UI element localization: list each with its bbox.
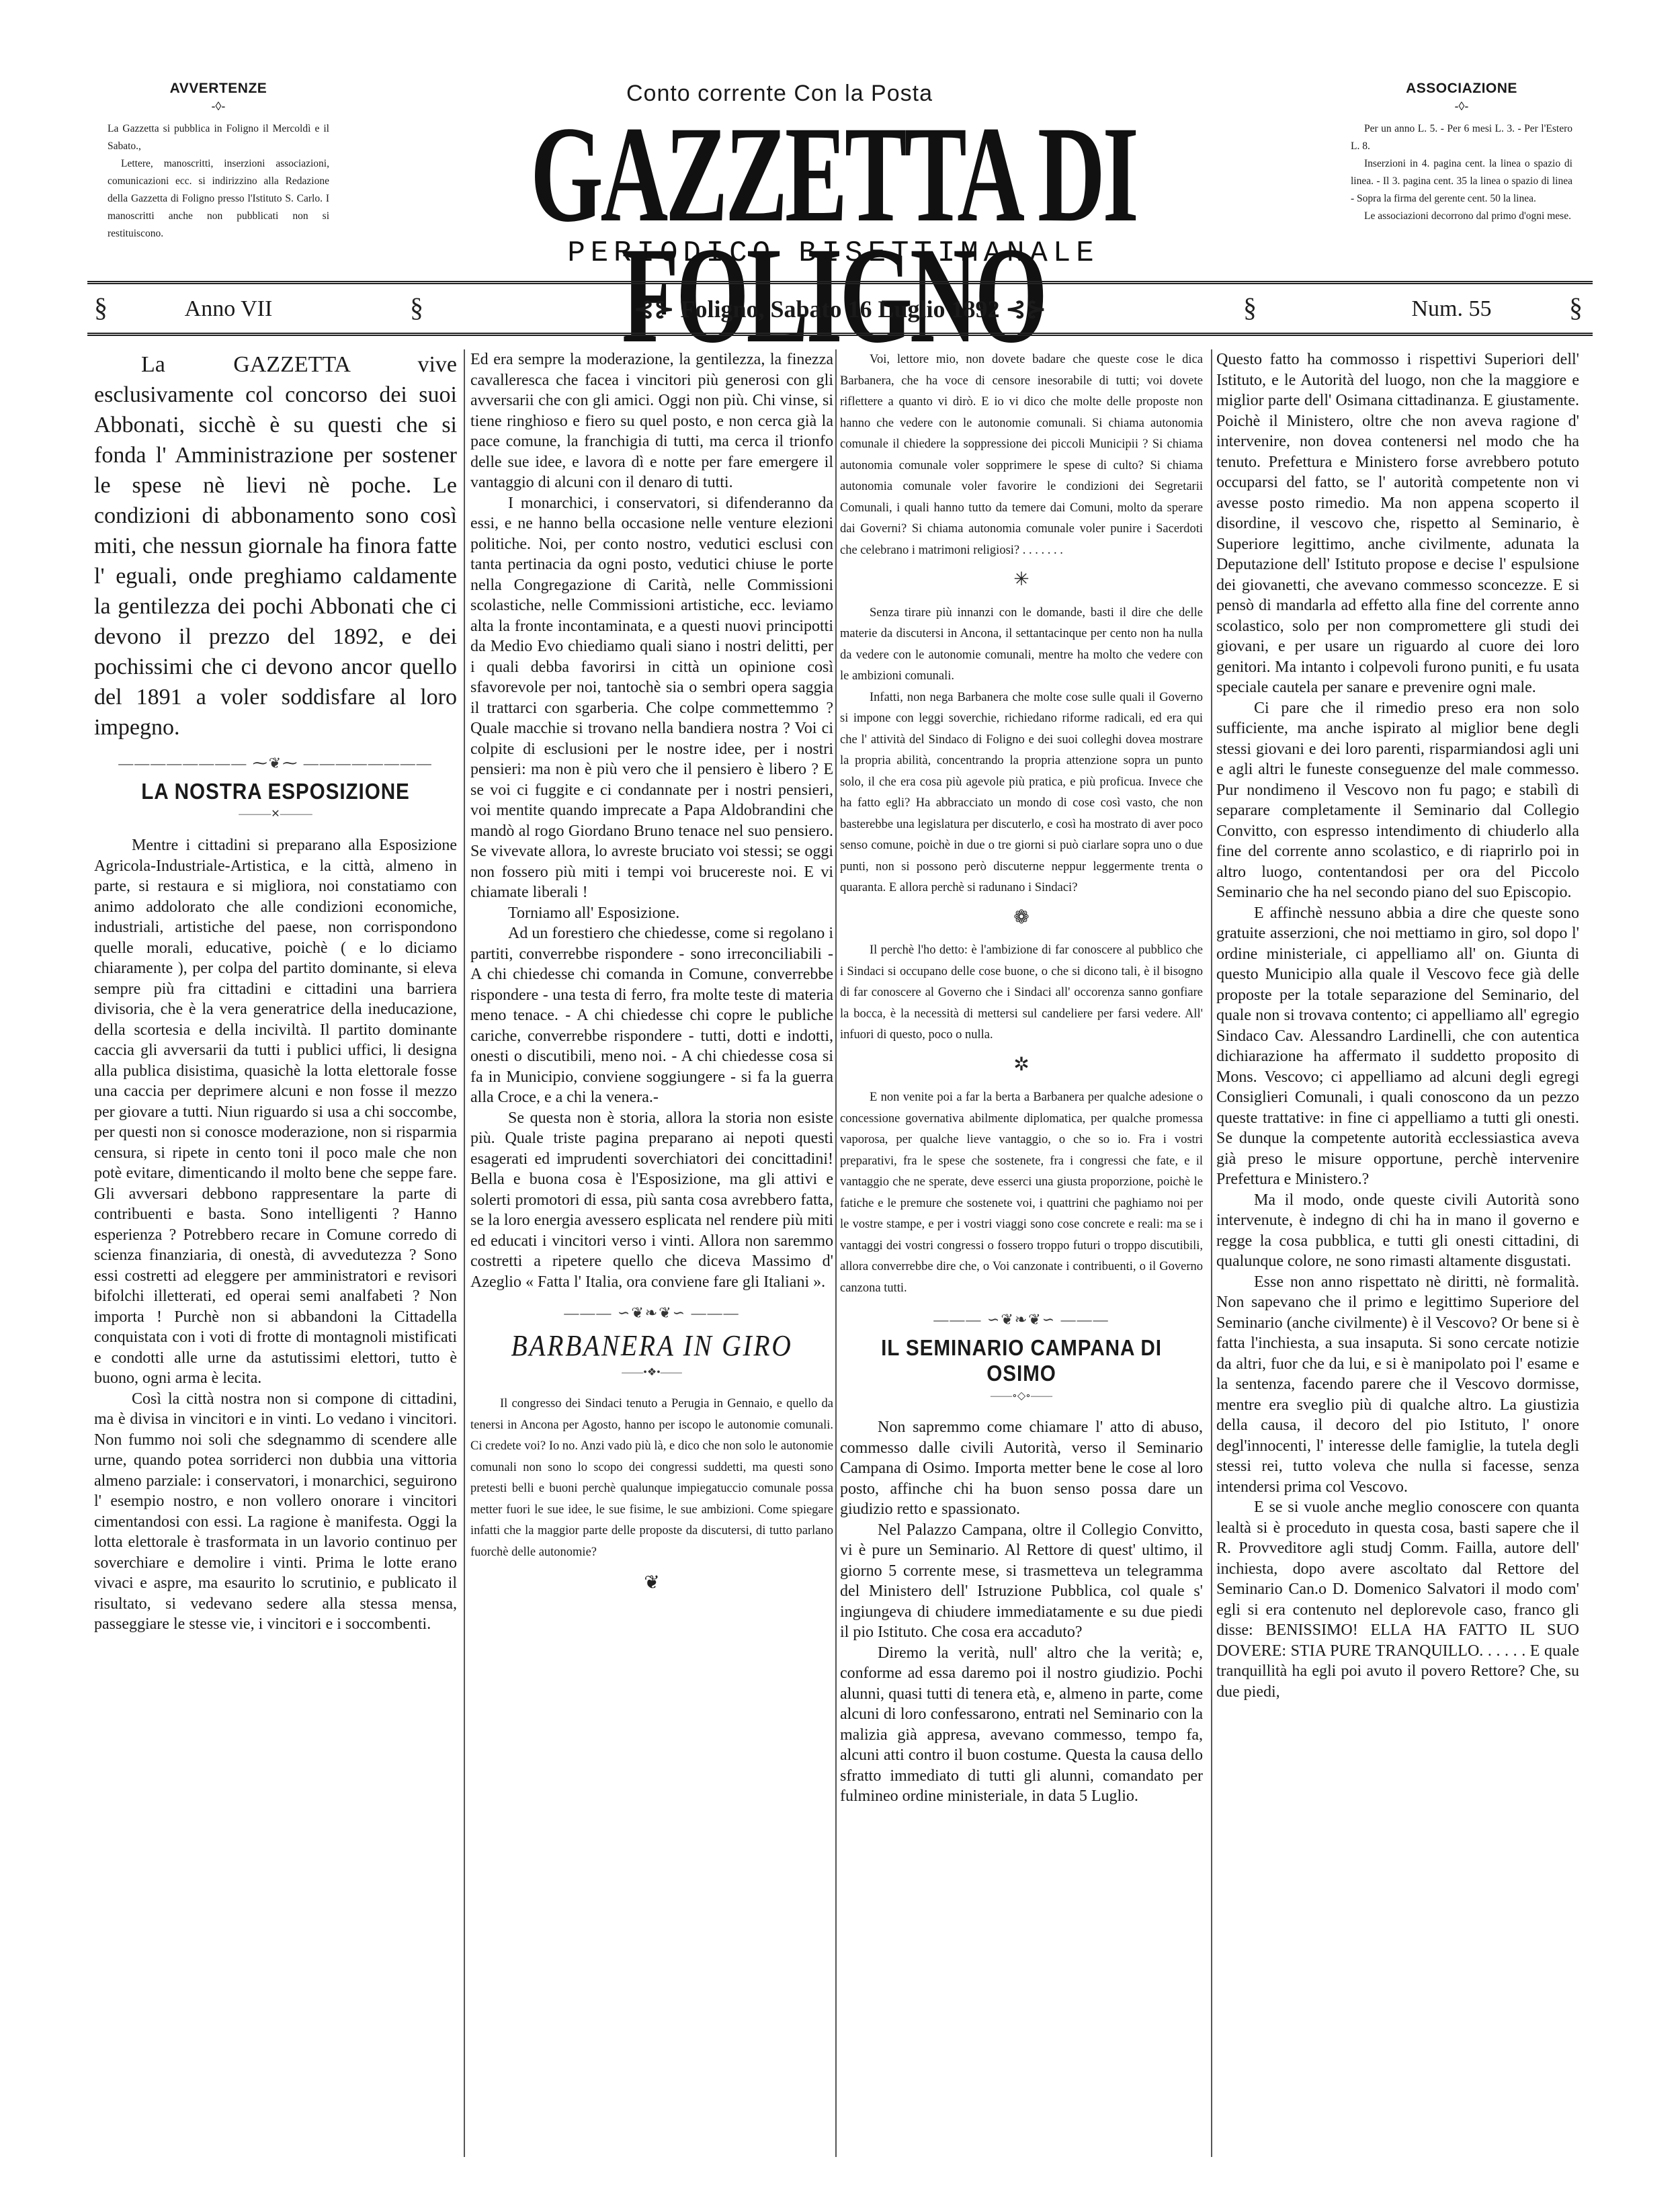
asterism-icon: ✳ — [840, 569, 1203, 591]
article-paragraph: E affinchè nessuno abbia a dire che ques… — [1216, 903, 1579, 1190]
issue-year: Anno VII — [141, 296, 316, 322]
article-paragraph: Esse non anno rispettato nè diritti, nè … — [1216, 1272, 1579, 1498]
article-paragraph: Mentre i cittadini si preparano alla Esp… — [94, 835, 457, 1389]
column-2: Ed era sempre la moderazione, la gentile… — [470, 349, 833, 2164]
scroll-ornament-icon: § — [1243, 291, 1257, 325]
article-paragraph: Così la città nostra non si compone di c… — [94, 1389, 457, 1635]
article-paragraph: E non venite poi a far la berta a Barban… — [840, 1087, 1203, 1299]
section-divider: ———————— ⁓❦⁓ ———————— — [94, 755, 457, 772]
avvertenze-box: AVVERTENZE -◊- La Gazzetta si pubblica i… — [108, 81, 329, 243]
associazione-paragraph: Le associazioni decorrono dal primo d'og… — [1351, 208, 1572, 225]
ornament-icon: -◊- — [108, 99, 329, 114]
article-paragraph: Infatti, non nega Barbanera che molte co… — [840, 687, 1203, 899]
newspaper-page: AVVERTENZE -◊- La Gazzetta si pubblica i… — [87, 67, 1593, 2157]
article-paragraph: Senza tirare più innanzi con le domande,… — [840, 603, 1203, 687]
fleuron-right-icon: ⊰⊱ — [1006, 296, 1046, 323]
avvertenze-title: AVVERTENZE — [108, 81, 329, 97]
scroll-ornament-icon: § — [94, 291, 108, 325]
column-4: Questo fatto ha commosso i rispettivi Su… — [1216, 349, 1579, 2164]
scroll-ornament-icon: § — [1569, 291, 1583, 325]
notice-text: La GAZZETTA vive esclusivamente col conc… — [94, 349, 457, 743]
subscription-notice: La GAZZETTA vive esclusivamente col conc… — [94, 349, 457, 743]
avvertenze-text: La Gazzetta si pubblica in Foligno il Me… — [108, 120, 329, 243]
article-paragraph: E se si vuole anche meglio conoscere con… — [1216, 1497, 1579, 1702]
newspaper-subtitle: PERIODICO BISETTIMANALE — [343, 237, 1324, 270]
article-paragraph: Ci pare che il rimedio preso era non sol… — [1216, 698, 1579, 903]
avvertenze-paragraph: La Gazzetta si pubblica in Foligno il Me… — [108, 120, 329, 155]
article-paragraph: Il congresso dei Sindaci tenuto a Perugi… — [470, 1394, 833, 1563]
associazione-paragraph: Inserzioni in 4. pagina cent. la linea o… — [1351, 155, 1572, 208]
article-body-esposizione-cont: Ed era sempre la moderazione, la gentile… — [470, 349, 833, 1292]
fleuron-icon: ❦ — [470, 1571, 833, 1594]
article-paragraph: Il perchè l'ho detto: è l'ambizione di f… — [840, 940, 1203, 1046]
article-paragraph: Ed era sempre la moderazione, la gentile… — [470, 349, 833, 493]
article-paragraph: Non sapremmo come chiamare l' atto di ab… — [840, 1417, 1203, 1520]
article-paragraph: Se questa non è storia, allora la storia… — [470, 1108, 833, 1293]
issue-date: ⊰⊱ Foligno, Sabato 16 Luglio 1892 ⊰⊱ — [544, 295, 1136, 323]
associazione-text: Per un anno L. 5. - Per 6 mesi L. 3. - P… — [1351, 120, 1572, 225]
masthead: AVVERTENZE -◊- La Gazzetta si pubblica i… — [87, 67, 1593, 282]
column-rule — [464, 349, 465, 2157]
fleuron-left-icon: ⊰⊱ — [634, 296, 674, 323]
avvertenze-paragraph: Lettere, manoscritti, inserzioni associa… — [108, 155, 329, 243]
article-paragraph: Torniamo all' Esposizione. — [470, 903, 833, 924]
article-paragraph: I monarchici, i conservatori, si difende… — [470, 493, 833, 903]
article-paragraph: Ad un forestiero che chiedesse, come si … — [470, 923, 833, 1108]
title-divider: ———✕——— — [94, 807, 457, 820]
article-body-barbanera: Il congresso dei Sindaci tenuto a Perugi… — [470, 1394, 833, 1563]
section-divider: ——— ∽❦❧❦∽ ——— — [470, 1304, 833, 1322]
insect-ornament-icon: ✲ — [840, 1054, 1203, 1076]
title-divider: ——∘◇∘—— — [840, 1389, 1203, 1402]
article-paragraph: Ma il modo, onde queste civili Autorità … — [1216, 1190, 1579, 1272]
article-paragraph: Nel Palazzo Campana, oltre il Collegio C… — [840, 1520, 1203, 1643]
column-rule — [1211, 349, 1212, 2157]
article-paragraph: Diremo la verità, null' altro che la ver… — [840, 1643, 1203, 1807]
article-title-barbanera: BARBANERA IN GIRO — [489, 1328, 815, 1363]
issue-number: Num. 55 — [1351, 296, 1552, 322]
article-title-seminario: IL SEMINARIO CAMPANA DI OSIMO — [858, 1335, 1185, 1386]
article-title-esposizione: LA NOSTRA ESPOSIZIONE — [112, 779, 439, 804]
associazione-paragraph: Per un anno L. 5. - Per 6 mesi L. 3. - P… — [1351, 120, 1572, 155]
column-3: Voi, lettore mio, non dovete badare che … — [840, 349, 1203, 2164]
article-body-seminario: Non sapremmo come chiamare l' atto di ab… — [840, 1417, 1203, 1807]
article-paragraph: Voi, lettore mio, non dovete badare che … — [840, 349, 1203, 561]
article-body-seminario-cont: Questo fatto ha commosso i rispettivi Su… — [1216, 349, 1579, 1702]
article-body-barbanera-cont: Voi, lettore mio, non dovete badare che … — [840, 349, 1203, 1299]
scroll-ornament-icon: § — [410, 291, 423, 325]
rosette-icon: ❁ — [840, 907, 1203, 929]
title-divider: ——•❖•—— — [470, 1365, 833, 1379]
ornament-icon: -◊- — [1351, 99, 1572, 114]
column-rule — [835, 349, 837, 2157]
dateline-bar: § Anno VII § ⊰⊱ Foligno, Sabato 16 Lugli… — [87, 281, 1593, 336]
date-text: Foligno, Sabato 16 Luglio 1892 — [680, 296, 999, 323]
article-body-esposizione: Mentre i cittadini si preparano alla Esp… — [94, 835, 457, 1635]
column-1: La GAZZETTA vive esclusivamente col conc… — [94, 349, 457, 2164]
associazione-box: ASSOCIAZIONE -◊- Per un anno L. 5. - Per… — [1351, 81, 1572, 225]
section-divider: ——— ∽❦❧❦∽ ——— — [840, 1311, 1203, 1328]
article-paragraph: Questo fatto ha commosso i rispettivi Su… — [1216, 349, 1579, 698]
associazione-title: ASSOCIAZIONE — [1351, 81, 1572, 97]
